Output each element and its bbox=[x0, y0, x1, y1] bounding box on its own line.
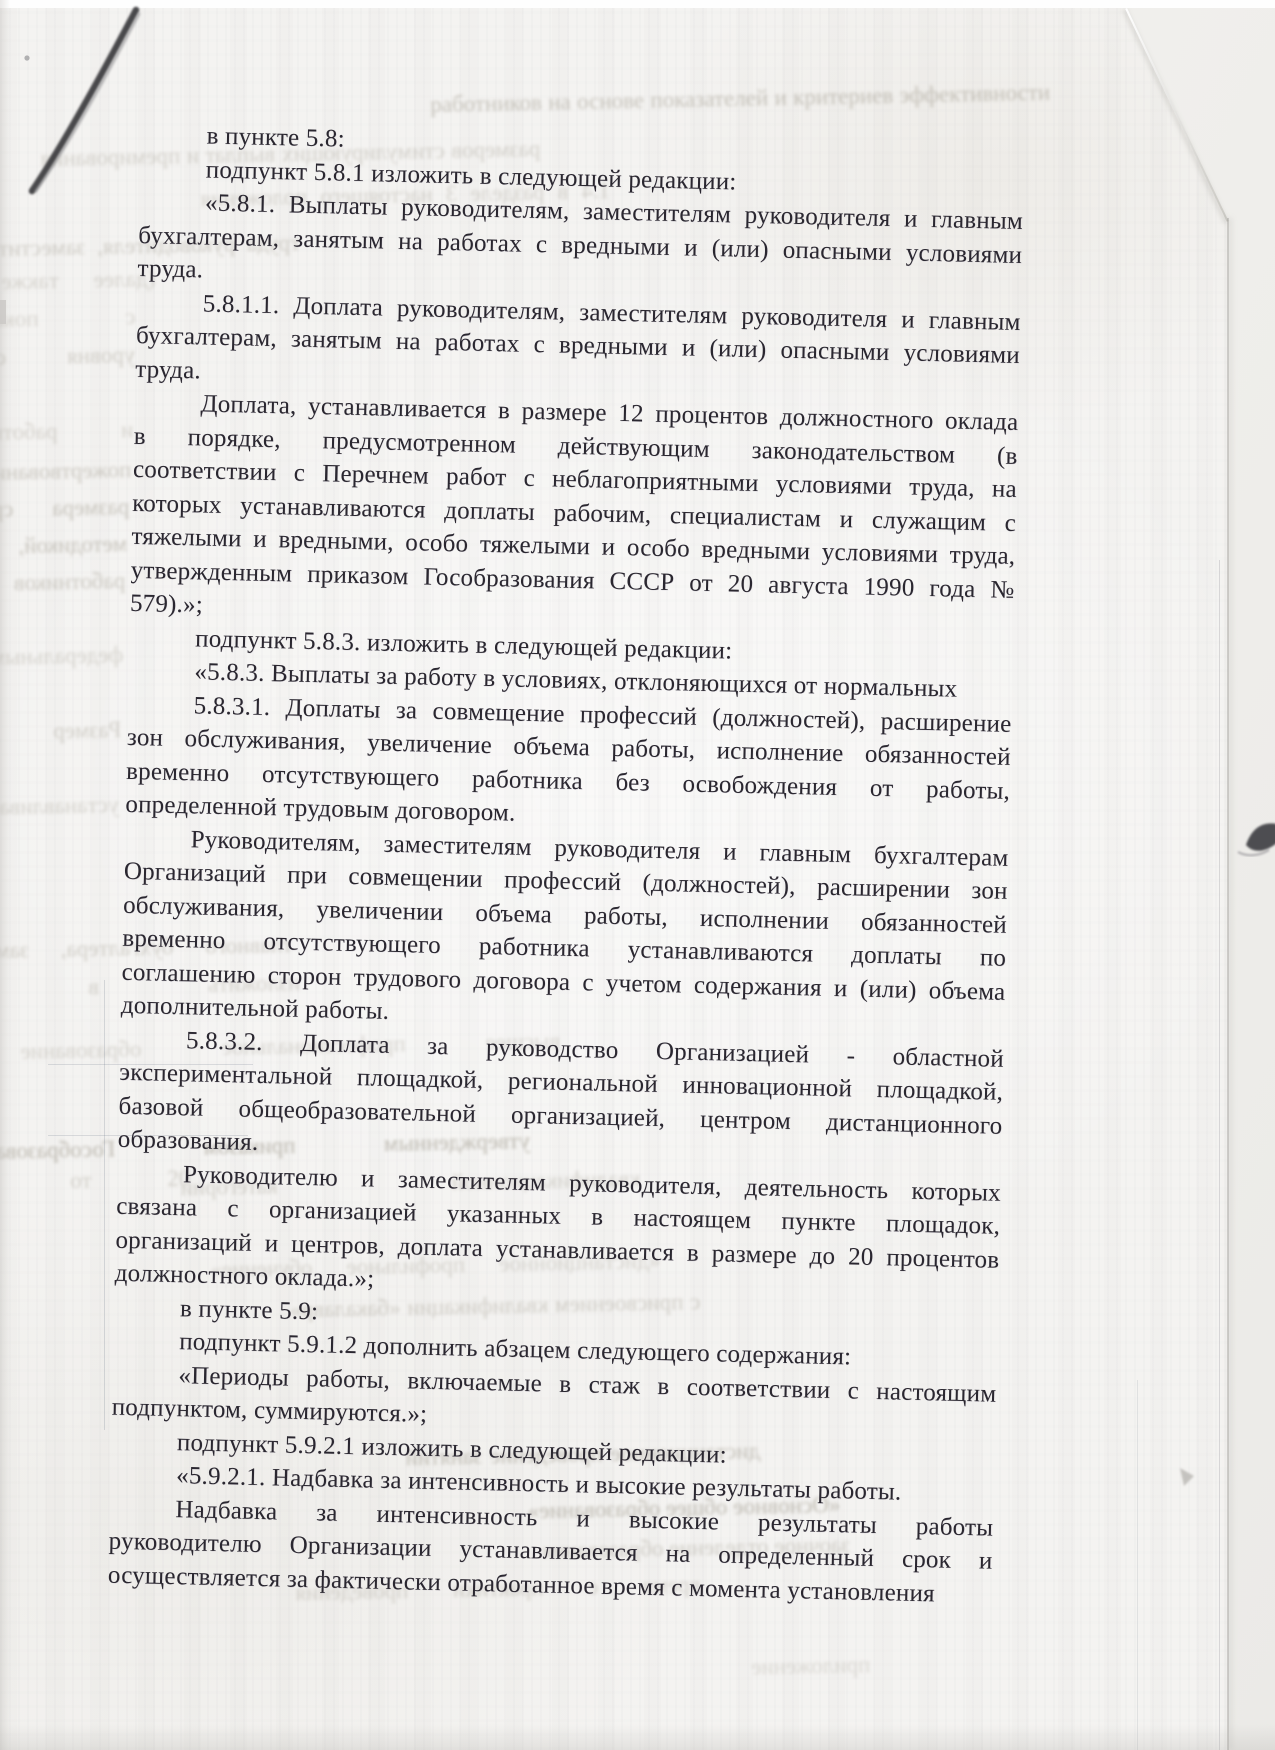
bleedthrough-text: работников для целей статистического наб… bbox=[0, 566, 126, 614]
page-edge-crease bbox=[1219, 560, 1220, 1750]
bleedthrough-text: методикой, используемой при определении … bbox=[0, 529, 128, 577]
left-edge-shadow bbox=[0, 0, 10, 1750]
bleedthrough-text: приложение bbox=[655, 1650, 871, 1684]
bottom-edge-shadow bbox=[0, 1724, 1275, 1750]
ink-blot-tail bbox=[1238, 850, 1269, 855]
bleedthrough-text: пожертвований, рассчитывается за календа… bbox=[0, 455, 132, 503]
paper-speck bbox=[1180, 1468, 1194, 1486]
paper-speck bbox=[24, 55, 29, 60]
scanner-top-edge bbox=[0, 0, 1275, 8]
bleedthrough-text: работников на основе показателей и крите… bbox=[430, 78, 1050, 120]
bleedthrough-text: и работников списочного состава организа… bbox=[0, 415, 134, 463]
scanned-page: работников на основе показателей и крите… bbox=[0, 0, 1275, 1750]
bleedthrough-text: с показателями эффективности деятельност… bbox=[0, 302, 136, 350]
ink-blot bbox=[1246, 823, 1275, 850]
ruled-line-vertical bbox=[104, 980, 105, 1430]
bleedthrough-text: устанавливается в соответствии с трудовы… bbox=[0, 790, 120, 838]
bleedthrough-text: размера средней заработной платы осущест… bbox=[0, 492, 130, 540]
bleedthrough-text: (далее также соответственно — выплаты, р… bbox=[0, 264, 156, 312]
bleedthrough-text: федеральным органом исполнительной власт… bbox=[0, 640, 124, 688]
ruled-line-vertical bbox=[1137, 1380, 1138, 1750]
page-corner-fold bbox=[1125, 8, 1228, 222]
document-text: в пункте 5.8: подпункт 5.8.1 изложить в … bbox=[108, 118, 1025, 1612]
ink-stroke-shadow bbox=[36, 14, 139, 191]
bleedthrough-text: уровня соотношения средней заработной пл… bbox=[0, 340, 136, 388]
ink-stroke bbox=[32, 10, 136, 191]
page-right-edge bbox=[1227, 218, 1229, 1750]
bleedthrough-text: Размер должностного оклада, выплат компе… bbox=[0, 715, 122, 763]
